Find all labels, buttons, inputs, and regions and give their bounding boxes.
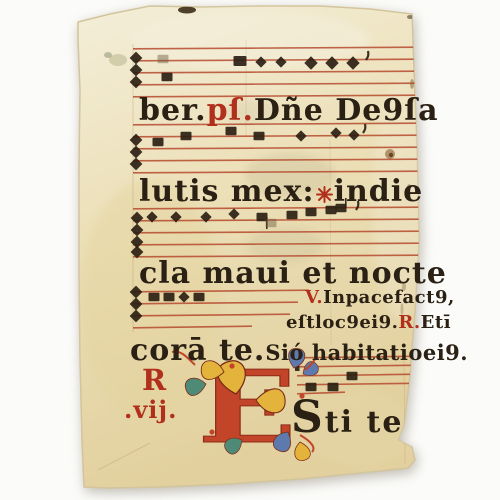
chant-text-line-5: Sti te bbox=[291, 396, 403, 440]
text-s-capital: S bbox=[291, 396, 325, 440]
chant-text-line-3: cla maui et nocte bbox=[139, 259, 447, 289]
text-dne-deus-sa: Dñe De9ſa bbox=[254, 93, 439, 128]
responsory-mark: R bbox=[142, 366, 167, 395]
leaf-graphic: E bbox=[0, 0, 500, 500]
red-star-separator-icon bbox=[316, 179, 333, 196]
versicle-line-1: V.Inpacefact9, bbox=[305, 289, 455, 307]
text-sion-habitatio: Sió habitatioei9. bbox=[265, 342, 468, 363]
text-in-die: indie bbox=[334, 174, 424, 209]
response-mark: R. bbox=[398, 312, 420, 333]
text-ti-te: ti te bbox=[325, 408, 404, 438]
versicle-line-2: eſtloc9ei9.R.Etī bbox=[286, 314, 451, 332]
versicle-mark: V. bbox=[305, 287, 323, 308]
responsory-number: .vij. bbox=[124, 398, 177, 422]
psalm-rubric: pſ. bbox=[207, 93, 254, 128]
text-et-in: Etī bbox=[421, 312, 451, 333]
chant-text-line-4: corā te.Sió habitatioei9. bbox=[130, 336, 468, 366]
text-est-locus: eſtloc9ei9. bbox=[286, 312, 398, 333]
manuscript-leaf: E bbox=[0, 0, 500, 500]
text-ber: ber. bbox=[139, 93, 207, 128]
text-clamavi: cla maui et nocte bbox=[139, 256, 447, 291]
photo-background: E bbox=[0, 0, 500, 500]
text-in-pace: Inpacefact9, bbox=[323, 287, 455, 308]
text-lutis-mee: lutis mex: bbox=[139, 174, 315, 209]
chant-text-line-1: ber.pſ.Dñe De9ſa bbox=[139, 96, 439, 126]
text-coram-te: corā te. bbox=[130, 336, 265, 366]
chant-text-line-2: lutis mex:indie bbox=[139, 177, 423, 207]
